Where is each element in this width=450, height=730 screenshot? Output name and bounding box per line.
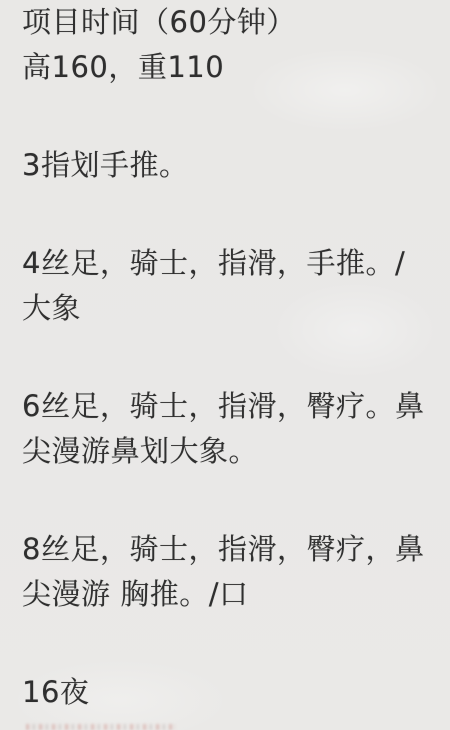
- note-text-block: 项目时间（60分钟） 高160，重110 3指划手推。 4丝足，骑士，指滑，手推…: [22, 0, 442, 715]
- paragraph-item-6: 6丝足，骑士，指滑，臀疗。鼻 尖漫游鼻划大象。: [22, 384, 442, 474]
- text-line: 高160，重110: [22, 45, 442, 90]
- paragraph-item-4: 4丝足，骑士，指滑，手推。/ 大象: [22, 241, 442, 331]
- cutoff-text-remnant: [26, 724, 176, 730]
- paragraph-item-8: 8丝足，骑士，指滑，臀疗，鼻 尖漫游 胸推。/口: [22, 527, 442, 617]
- text-line: 尖漫游鼻划大象。: [22, 429, 442, 474]
- text-line: 项目时间（60分钟）: [22, 0, 442, 45]
- text-line: 8丝足，骑士，指滑，臀疗，鼻: [22, 527, 442, 572]
- text-line: 4丝足，骑士，指滑，手推。/: [22, 241, 442, 286]
- text-line: 尖漫游 胸推。/口: [22, 572, 442, 617]
- paragraph-item-3: 3指划手推。: [22, 143, 442, 188]
- note-photo-page: 项目时间（60分钟） 高160，重110 3指划手推。 4丝足，骑士，指滑，手推…: [0, 0, 450, 730]
- paragraph-header: 项目时间（60分钟） 高160，重110: [22, 0, 442, 90]
- paragraph-item-16: 16夜: [22, 670, 442, 715]
- text-line: 6丝足，骑士，指滑，臀疗。鼻: [22, 384, 442, 429]
- text-line: 16夜: [22, 670, 442, 715]
- text-line: 3指划手推。: [22, 143, 442, 188]
- text-line: 大象: [22, 286, 442, 331]
